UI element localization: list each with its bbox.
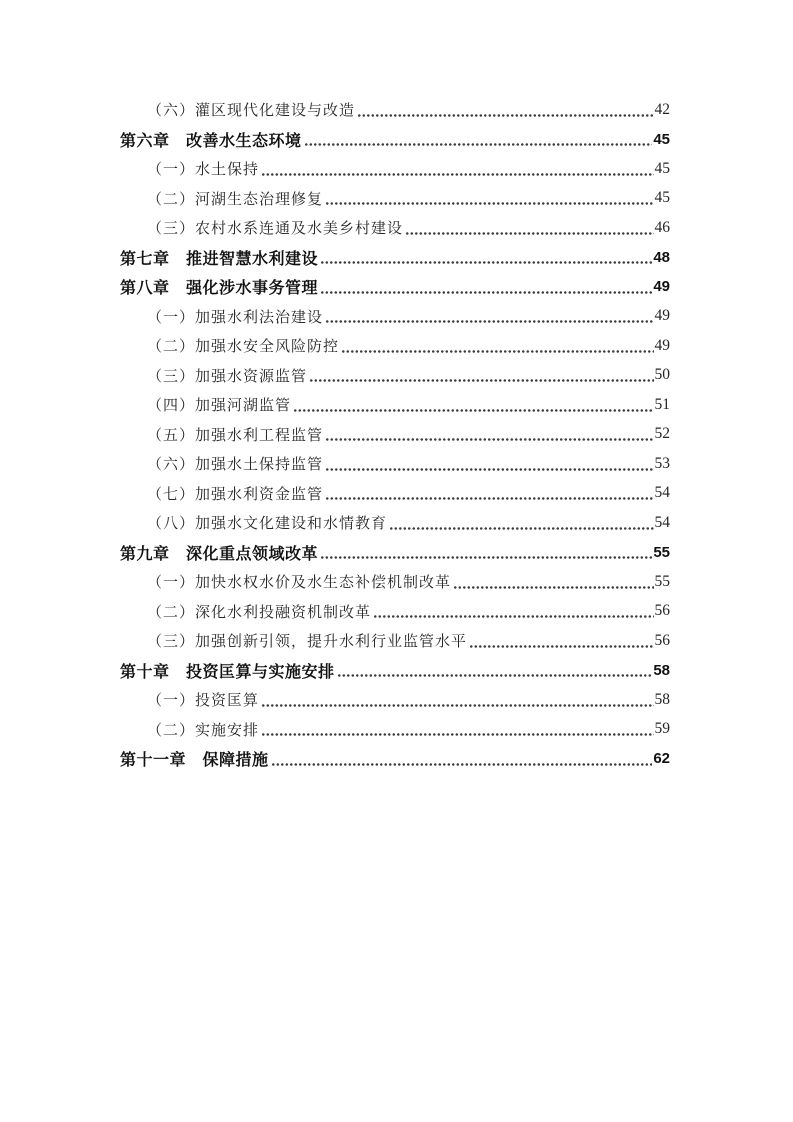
toc-entry: 第八章 强化涉水事务管理 49 [120,272,670,302]
toc-entry-label: 第八章 强化涉水事务管理 [120,275,318,298]
toc-entry-page: 50 [655,366,671,384]
toc-entry: （六）灌区现代化建设与改造 42 [120,95,670,125]
toc-entry-label: （四）加强河湖监管 [147,394,291,415]
toc-entry: （一）投资匡算 58 [120,685,670,715]
toc-entry-label: （二）河湖生态治理修复 [147,188,323,209]
toc-entry-page: 45 [653,131,670,148]
dot-leader [326,302,653,332]
toc-entry: 第六章 改善水生态环境 45 [120,125,670,155]
toc-entry-label: （六）加强水土保持监管 [147,453,323,474]
toc-entry-label: （一）加强水利法治建设 [147,306,323,327]
toc-entry-page: 58 [653,662,670,679]
toc-entry-page: 46 [655,219,671,237]
toc-entry-page: 56 [655,632,671,650]
dot-leader [390,508,653,538]
toc-entry: （八）加强水文化建设和水情教育 54 [120,508,670,538]
dot-leader [294,390,653,420]
toc-entry-page: 48 [653,249,670,266]
toc-entry-label: （五）加强水利工程监管 [147,424,323,445]
toc-entry-label: （六）灌区现代化建设与改造 [147,99,355,120]
toc-entry: （一）加强水利法治建设 49 [120,302,670,332]
toc-entry-page: 55 [653,544,670,561]
toc-entry: （七）加强水利资金监管 54 [120,479,670,509]
toc-entry: 第十一章 保障措施 62 [120,744,670,774]
toc-entry-label: 第七章 推进智慧水利建设 [120,246,318,269]
toc-list: （六）灌区现代化建设与改造 42 第六章 改善水生态环境 45 （一）水土保持 … [120,95,670,774]
dot-leader [470,626,653,656]
dot-leader [262,154,653,184]
dot-leader [321,538,652,568]
toc-entry: （一）水土保持 45 [120,154,670,184]
toc-entry: （五）加强水利工程监管 52 [120,420,670,450]
toc-entry-label: 第九章 深化重点领域改革 [120,541,318,564]
dot-leader [406,213,653,243]
toc-entry: （二）加强水安全风险防控 49 [120,331,670,361]
toc-entry-label: （七）加强水利资金监管 [147,483,323,504]
toc-entry-page: 51 [655,396,671,414]
dot-leader [326,449,653,479]
toc-entry-label: （三）加强水资源监管 [147,365,307,386]
toc-entry-page: 59 [655,720,671,738]
toc-entry-page: 54 [655,514,671,532]
toc-entry-page: 49 [655,307,671,325]
dot-leader [358,95,653,125]
toc-entry-label: （一）投资匡算 [147,689,259,710]
toc-entry-page: 49 [653,278,670,295]
dot-leader [342,331,653,361]
toc-entry-page: 55 [655,573,671,591]
toc-entry-page: 54 [655,484,671,502]
toc-entry-page: 42 [655,101,671,119]
toc-entry-page: 52 [655,425,671,443]
toc-entry-label: 第六章 改善水生态环境 [120,128,302,151]
dot-leader [321,272,652,302]
toc-entry-page: 53 [655,455,671,473]
toc-entry-page: 49 [655,337,671,355]
dot-leader [326,184,653,214]
toc-entry-label: （一）加快水权水价及水生态补偿机制改革 [147,571,451,592]
toc-entry-page: 45 [655,160,671,178]
toc-entry-label: 第十一章 保障措施 [120,747,269,770]
dot-leader [338,656,653,686]
toc-entry: （三）加强水资源监管 50 [120,361,670,391]
dot-leader [310,361,653,391]
toc-entry-page: 56 [655,602,671,620]
dot-leader [326,420,653,450]
toc-entry: （一）加快水权水价及水生态补偿机制改革 55 [120,567,670,597]
dot-leader [272,744,653,774]
toc-entry-page: 58 [655,691,671,709]
toc-entry: （三）加强创新引领，提升水利行业监管水平 56 [120,626,670,656]
toc-entry: （二）河湖生态治理修复 45 [120,184,670,214]
dot-leader [262,685,653,715]
toc-entry-label: （一）水土保持 [147,158,259,179]
dot-leader [321,243,652,273]
toc-entry: 第十章 投资匡算与实施安排 58 [120,656,670,686]
toc-entry-label: （二）实施安排 [147,719,259,740]
dot-leader [262,715,653,745]
toc-entry-label: （二）深化水利投融资机制改革 [147,601,371,622]
toc-entry: （六）加强水土保持监管 53 [120,449,670,479]
toc-entry-page: 45 [655,189,671,207]
dot-leader [326,479,653,509]
toc-entry: （二）深化水利投融资机制改革 56 [120,597,670,627]
toc-entry-page: 62 [653,750,670,767]
toc-entry-label: （八）加强水文化建设和水情教育 [147,512,387,533]
toc-entry: （四）加强河湖监管 51 [120,390,670,420]
document-page: （六）灌区现代化建设与改造 42 第六章 改善水生态环境 45 （一）水土保持 … [0,0,793,1122]
dot-leader [305,125,653,155]
toc-entry: 第九章 深化重点领域改革 55 [120,538,670,568]
toc-entry-label: （二）加强水安全风险防控 [147,335,339,356]
toc-entry-label: （三）农村水系连通及水美乡村建设 [147,217,403,238]
dot-leader [374,597,653,627]
toc-entry: （三）农村水系连通及水美乡村建设 46 [120,213,670,243]
toc-entry-label: （三）加强创新引领，提升水利行业监管水平 [147,630,467,651]
toc-entry: 第七章 推进智慧水利建设 48 [120,243,670,273]
toc-entry: （二）实施安排 59 [120,715,670,745]
dot-leader [454,567,653,597]
toc-entry-label: 第十章 投资匡算与实施安排 [120,659,335,682]
